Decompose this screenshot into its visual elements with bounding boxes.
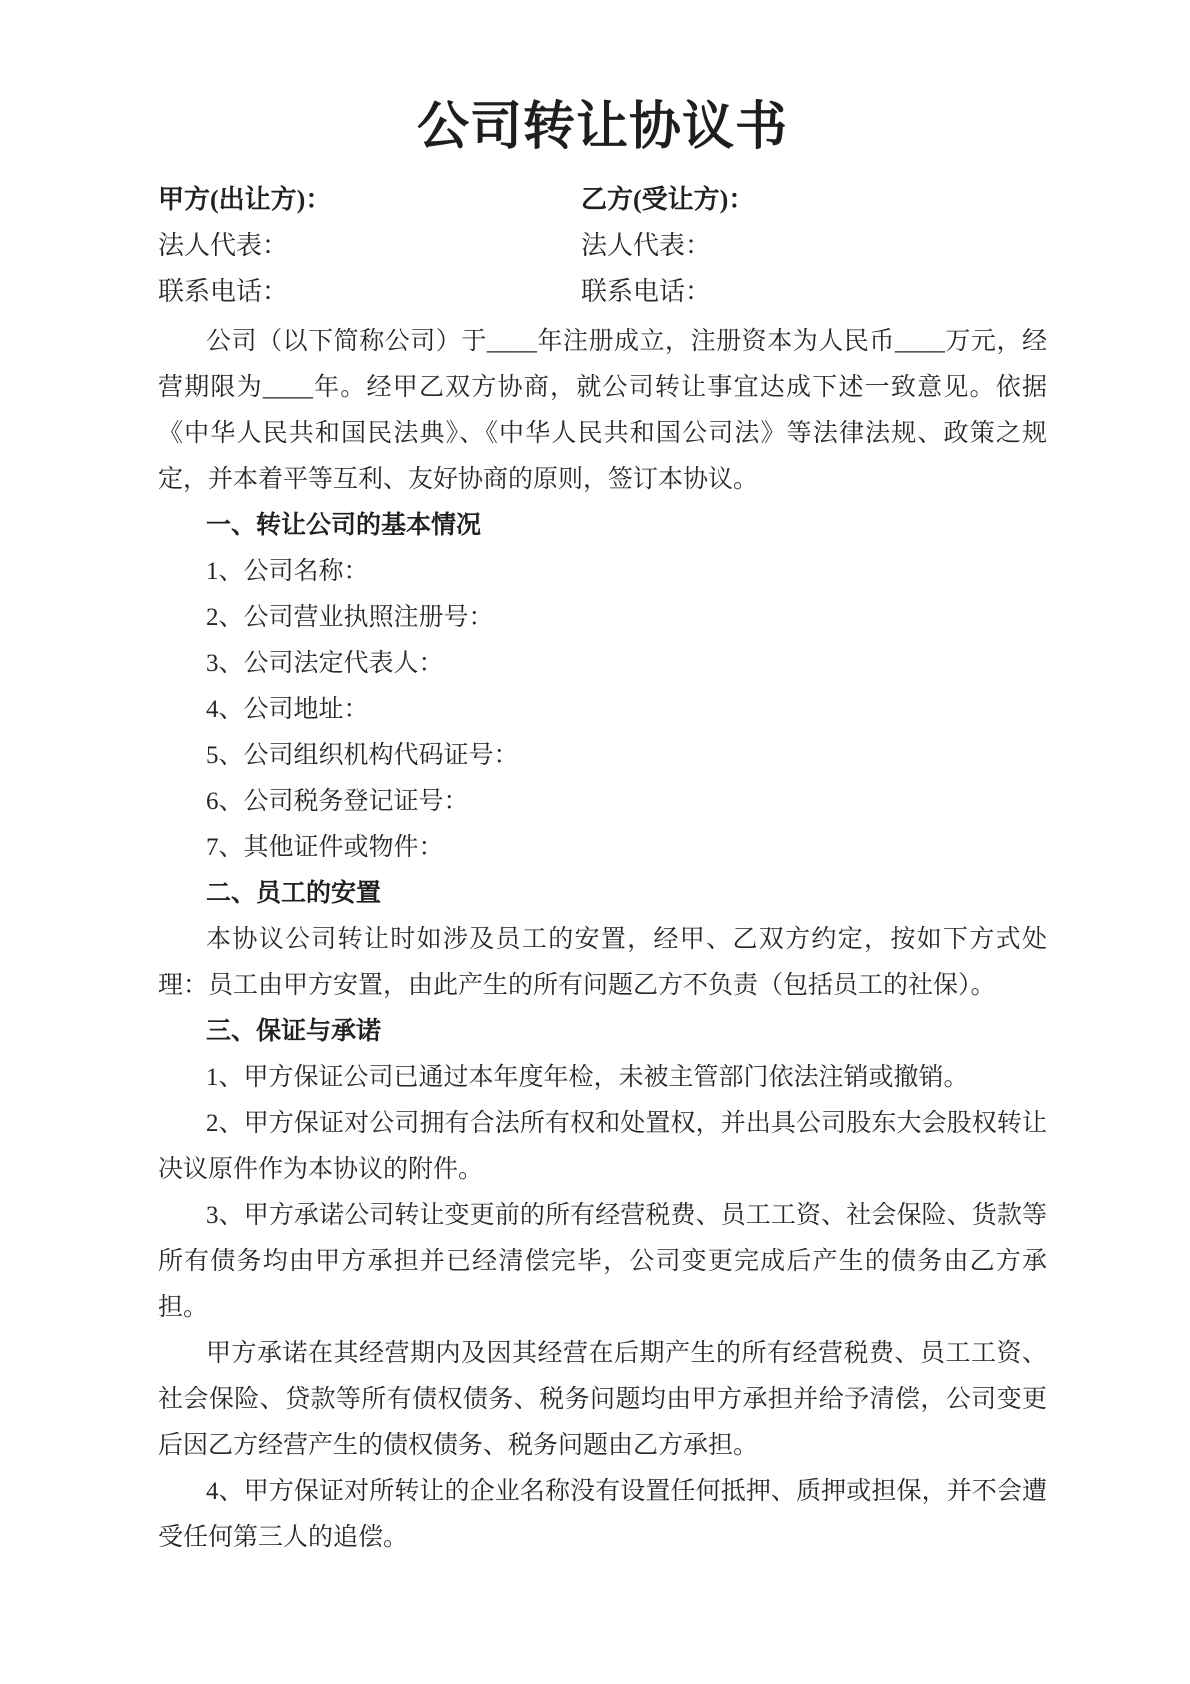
document-page: 公司转让协议书 甲方(出让方)： 乙方(受让方)： 法人代表： 法人代表： 联系…: [0, 0, 1190, 1684]
section-1-item-tax-registration: 6、公司税务登记证号：: [158, 779, 1047, 825]
section-1-item-other-certificates: 7、其他证件或物件：: [158, 825, 1047, 871]
document-title: 公司转让协议书: [158, 99, 1047, 157]
intro-paragraph: 公司（以下简称公司）于____年注册成立，注册资本为人民币____万元，经营期限…: [158, 319, 1047, 503]
section-1-item-org-code: 5、公司组织机构代码证号：: [158, 733, 1047, 779]
party-a-heading: 甲方(出让方)：: [158, 177, 581, 223]
section-1-heading: 一、转让公司的基本情况: [158, 503, 1047, 549]
parties-row-legal-rep: 法人代表： 法人代表：: [158, 223, 1047, 269]
section-1-item-legal-representative: 3、公司法定代表人：: [158, 641, 1047, 687]
document-body: 公司转让协议书 甲方(出让方)： 乙方(受让方)： 法人代表： 法人代表： 联系…: [158, 0, 1047, 1561]
contact-phone-a-label: 联系电话：: [158, 269, 581, 315]
parties-block: 甲方(出让方)： 乙方(受让方)： 法人代表： 法人代表： 联系电话： 联系电话…: [158, 177, 1047, 315]
section-1-item-license-number: 2、公司营业执照注册号：: [158, 595, 1047, 641]
section-1-item-company-address: 4、公司地址：: [158, 687, 1047, 733]
section-2-paragraph: 本协议公司转让时如涉及员工的安置，经甲、乙双方约定，按如下方式处理：员工由甲方安…: [158, 917, 1047, 1009]
legal-representative-b-label: 法人代表：: [581, 223, 1047, 269]
section-3-clause-4: 4、甲方保证对所转让的企业名称没有设置任何抵押、质押或担保，并不会遭受任何第三人…: [158, 1469, 1047, 1561]
contact-phone-b-label: 联系电话：: [581, 269, 1047, 315]
parties-row-headings: 甲方(出让方)： 乙方(受让方)：: [158, 177, 1047, 223]
section-3-clause-2: 2、甲方保证对公司拥有合法所有权和处置权，并出具公司股东大会股权转让决议原件作为…: [158, 1101, 1047, 1193]
contract-text: 公司（以下简称公司）于____年注册成立，注册资本为人民币____万元，经营期限…: [158, 319, 1047, 1561]
section-3-clause-1: 1、甲方保证公司已通过本年度年检，未被主管部门依法注销或撤销。: [158, 1055, 1047, 1101]
party-b-heading: 乙方(受让方)：: [581, 177, 1047, 223]
section-3-heading: 三、保证与承诺: [158, 1009, 1047, 1055]
section-1-item-company-name: 1、公司名称：: [158, 549, 1047, 595]
legal-representative-a-label: 法人代表：: [158, 223, 581, 269]
section-2-heading: 二、员工的安置: [158, 871, 1047, 917]
section-3-clause-3: 3、甲方承诺公司转让变更前的所有经营税费、员工工资、社会保险、货款等所有债务均由…: [158, 1193, 1047, 1331]
section-3-clause-3-addendum: 甲方承诺在其经营期内及因其经营在后期产生的所有经营税费、员工工资、社会保险、贷款…: [158, 1331, 1047, 1469]
parties-row-phone: 联系电话： 联系电话：: [158, 269, 1047, 315]
